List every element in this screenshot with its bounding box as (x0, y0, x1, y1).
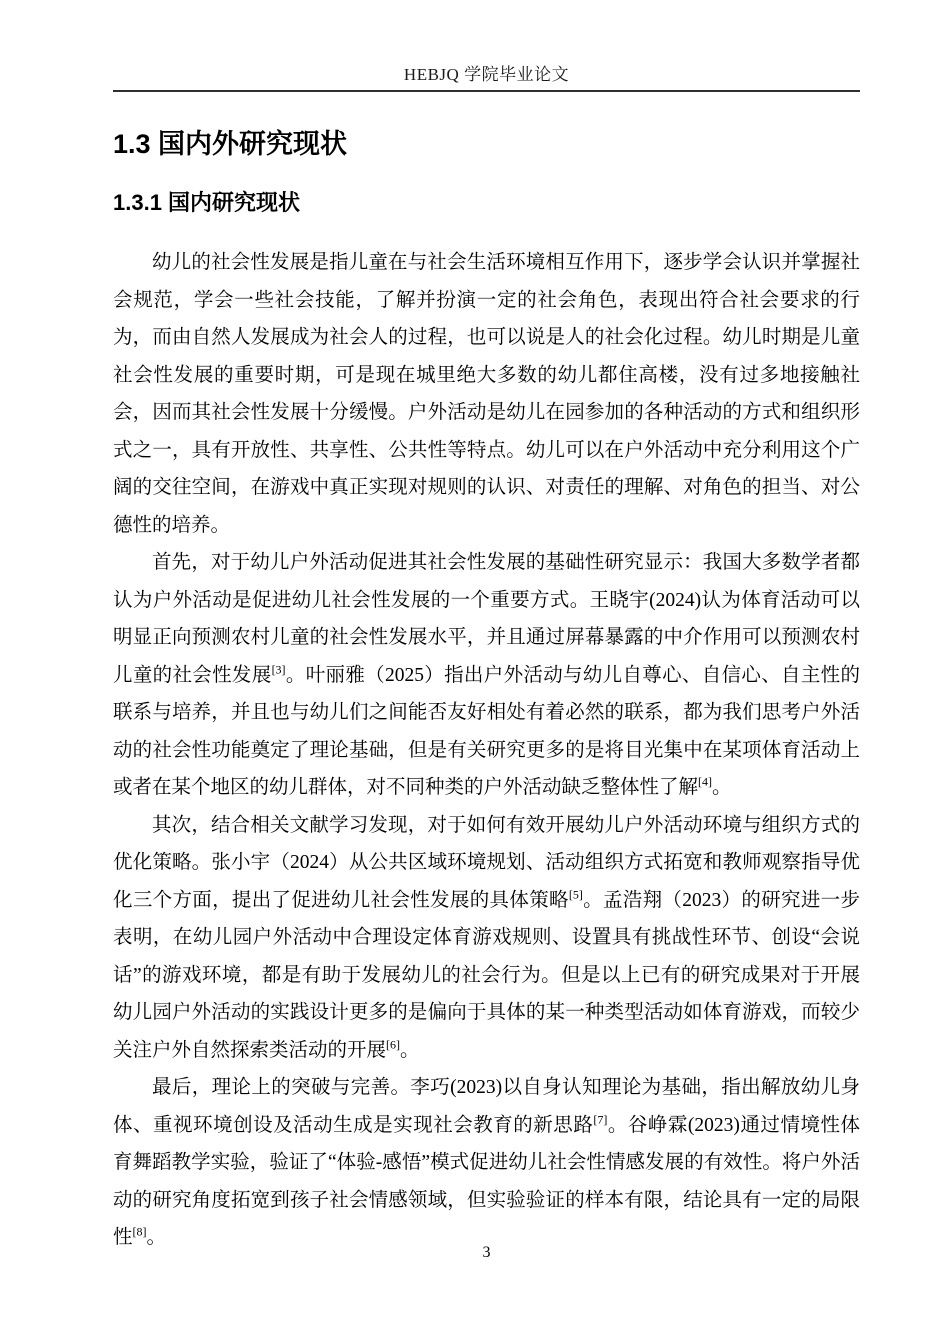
paragraph: 其次，结合相关文献学习发现，对于如何有效开展幼儿户外活动环境与组织方式的优化策略… (113, 807, 860, 1070)
paragraph: 最后，理论上的突破与完善。李巧(2023)以自身认知理论为基础，指出解放幼儿身体… (113, 1069, 860, 1257)
running-header-text: HEBJQ 学院毕业论文 (404, 65, 569, 84)
document-page: HEBJQ 学院毕业论文 1.3 国内外研究现状 1.3.1 国内研究现状 幼儿… (0, 0, 950, 1344)
section-heading: 1.3 国内外研究现状 (113, 126, 860, 162)
paragraph: 首先，对于幼儿户外活动促进其社会性发展的基础性研究显示：我国大多数学者都认为户外… (113, 544, 860, 807)
subsection-heading: 1.3.1 国内研究现状 (113, 188, 860, 218)
citation-superscript: [5] (569, 887, 583, 901)
citation-superscript: [4] (698, 775, 712, 789)
citation-superscript: [3] (272, 662, 286, 676)
citation-superscript: [7] (593, 1112, 607, 1126)
body-paragraphs: 幼儿的社会性发展是指儿童在与社会生活环境相互作用下，逐步学会认识并掌握社会规范，… (113, 244, 860, 1257)
paragraph: 幼儿的社会性发展是指儿童在与社会生活环境相互作用下，逐步学会认识并掌握社会规范，… (113, 244, 860, 544)
page-number: 3 (113, 1244, 860, 1262)
citation-superscript: [8] (133, 1225, 147, 1239)
citation-superscript: [6] (386, 1037, 400, 1051)
running-header: HEBJQ 学院毕业论文 (113, 60, 860, 92)
page-content: 1.3 国内外研究现状 1.3.1 国内研究现状 幼儿的社会性发展是指儿童在与社… (113, 118, 860, 1257)
